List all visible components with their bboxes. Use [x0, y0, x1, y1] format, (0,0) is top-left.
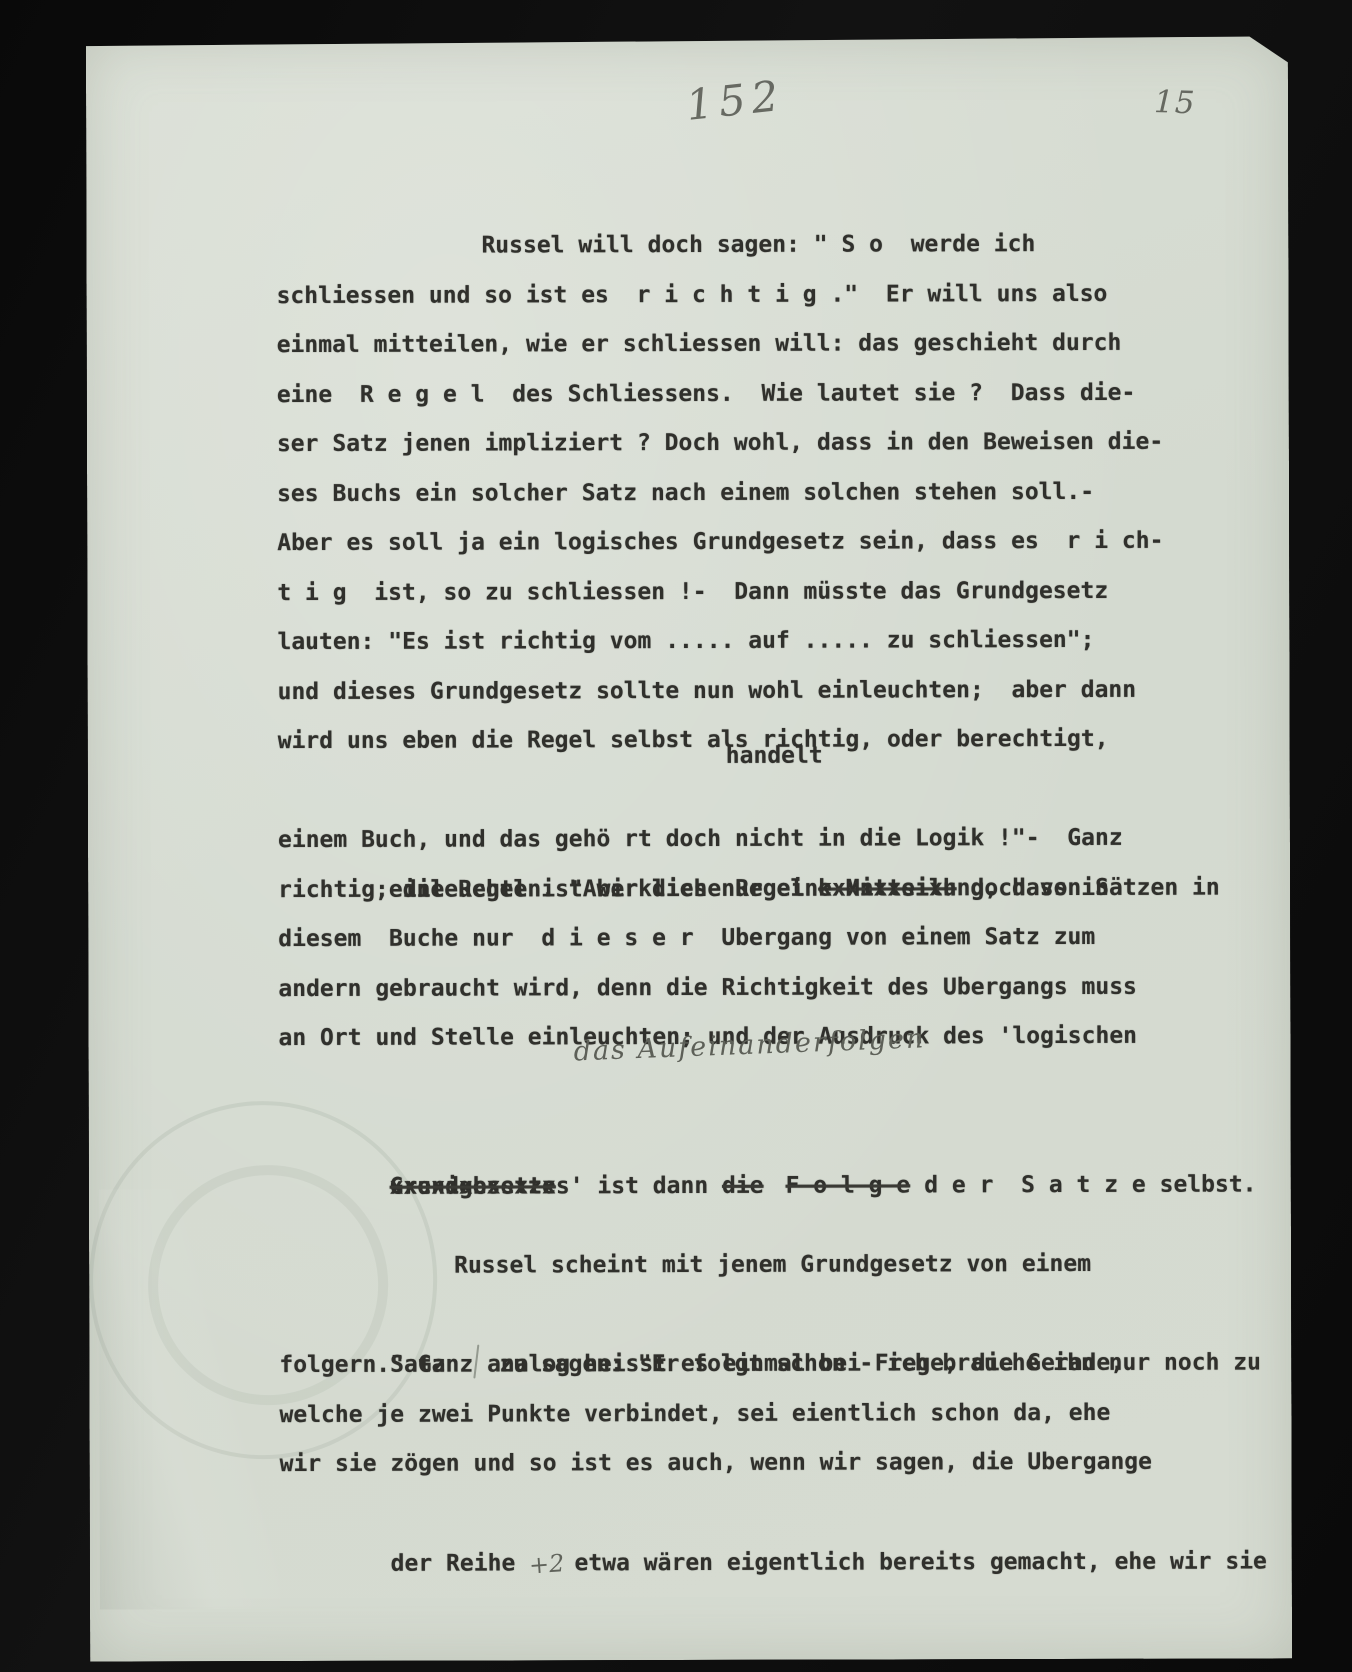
typed-line: folgern." Ganz analog heisst es einmal b… — [279, 1339, 1179, 1391]
paragraph-1: Russel will doch sagen: " S o werde ich … — [276, 220, 1178, 1163]
typed-line-deleted: xxexixbxsxtx — [279, 1111, 1179, 1163]
scanned-photo: 152 15 Russel will doch sagen: " S o wer… — [0, 0, 1352, 1672]
handwritten-page-number: 152 — [684, 71, 787, 130]
typed-line: diesem Buche nur d i e s e r Ubergang vo… — [278, 913, 1178, 965]
typed-line: und dieses Grundgesetz sollte nun wohl e… — [278, 665, 1178, 717]
typed-line: andern gebraucht wird, denn die Richtigk… — [278, 962, 1178, 1014]
corner-page-number: 15 — [1153, 84, 1196, 121]
typed-line: einmal mitteilen, wie er schliessen will… — [277, 319, 1177, 371]
typed-line: eine R e g e l des Schliessens. Wie laut… — [277, 368, 1177, 420]
typed-text: d e r S a t z e selbst. — [924, 1171, 1256, 1198]
struck-out-text: xxexixbxsxtx — [390, 1173, 556, 1199]
typed-line: schliessen und so ist es r i c h t i g .… — [276, 269, 1176, 321]
typed-line: einem Buch, und das gehö rt doch nicht i… — [278, 814, 1178, 866]
paper-crease — [99, 1189, 280, 1609]
handwritten-insert: +2 — [528, 1539, 567, 1591]
typed-line: wir sie zögen und so ist es auch, wenn w… — [280, 1438, 1180, 1490]
typed-line: lauten: "Es ist richtig vom ..... auf ..… — [277, 616, 1177, 668]
typed-text: etwa wären eigentlich bereits gemacht, e… — [574, 1548, 1266, 1576]
typed-line: Russel scheint mit jenem Grundgesetz von… — [279, 1240, 1179, 1292]
struck-out-word: F o l g e — [786, 1172, 911, 1198]
typed-line-with-correction: handelt einleuchten. "Aber diese Regel k… — [278, 764, 1178, 816]
typed-line: t i g ist, so zu schliessen !- Dann müss… — [277, 566, 1177, 618]
typed-line-with-insertion-mark: Satz zu sagen: "Er folgt schon - ich bra… — [279, 1289, 1179, 1341]
typed-line: welche je zwei Punkte verbindet, sei eie… — [279, 1388, 1179, 1440]
typed-line: ses Buchs ein solcher Satz nach einem so… — [277, 467, 1177, 519]
typed-line: richtig; die Regel ist wirklich nur eine… — [278, 863, 1178, 915]
typed-line: ser Satz jenen impliziert ? Doch wohl, d… — [277, 418, 1177, 470]
paragraph-2: Russel scheint mit jenem Grundgesetz von… — [279, 1240, 1180, 1539]
manuscript-page: 152 15 Russel will doch sagen: " S o wer… — [86, 36, 1292, 1661]
typed-line: Aber es soll ja ein logisches Grundgeset… — [277, 517, 1177, 569]
typed-line-with-handwritten-correction: das Aufeinanderfolgen Grundgesetzes' ist… — [279, 1061, 1179, 1113]
typed-line-with-handwritten-insert: der Reihe +2etwa wären eigentlich bereit… — [280, 1487, 1180, 1539]
typed-insertion-above: handelt — [726, 740, 823, 770]
typed-text: der Reihe — [391, 1550, 530, 1576]
struck-out-article: die — [722, 1172, 764, 1198]
typed-line: Russel will doch sagen: " S o werde ich — [276, 220, 1176, 272]
